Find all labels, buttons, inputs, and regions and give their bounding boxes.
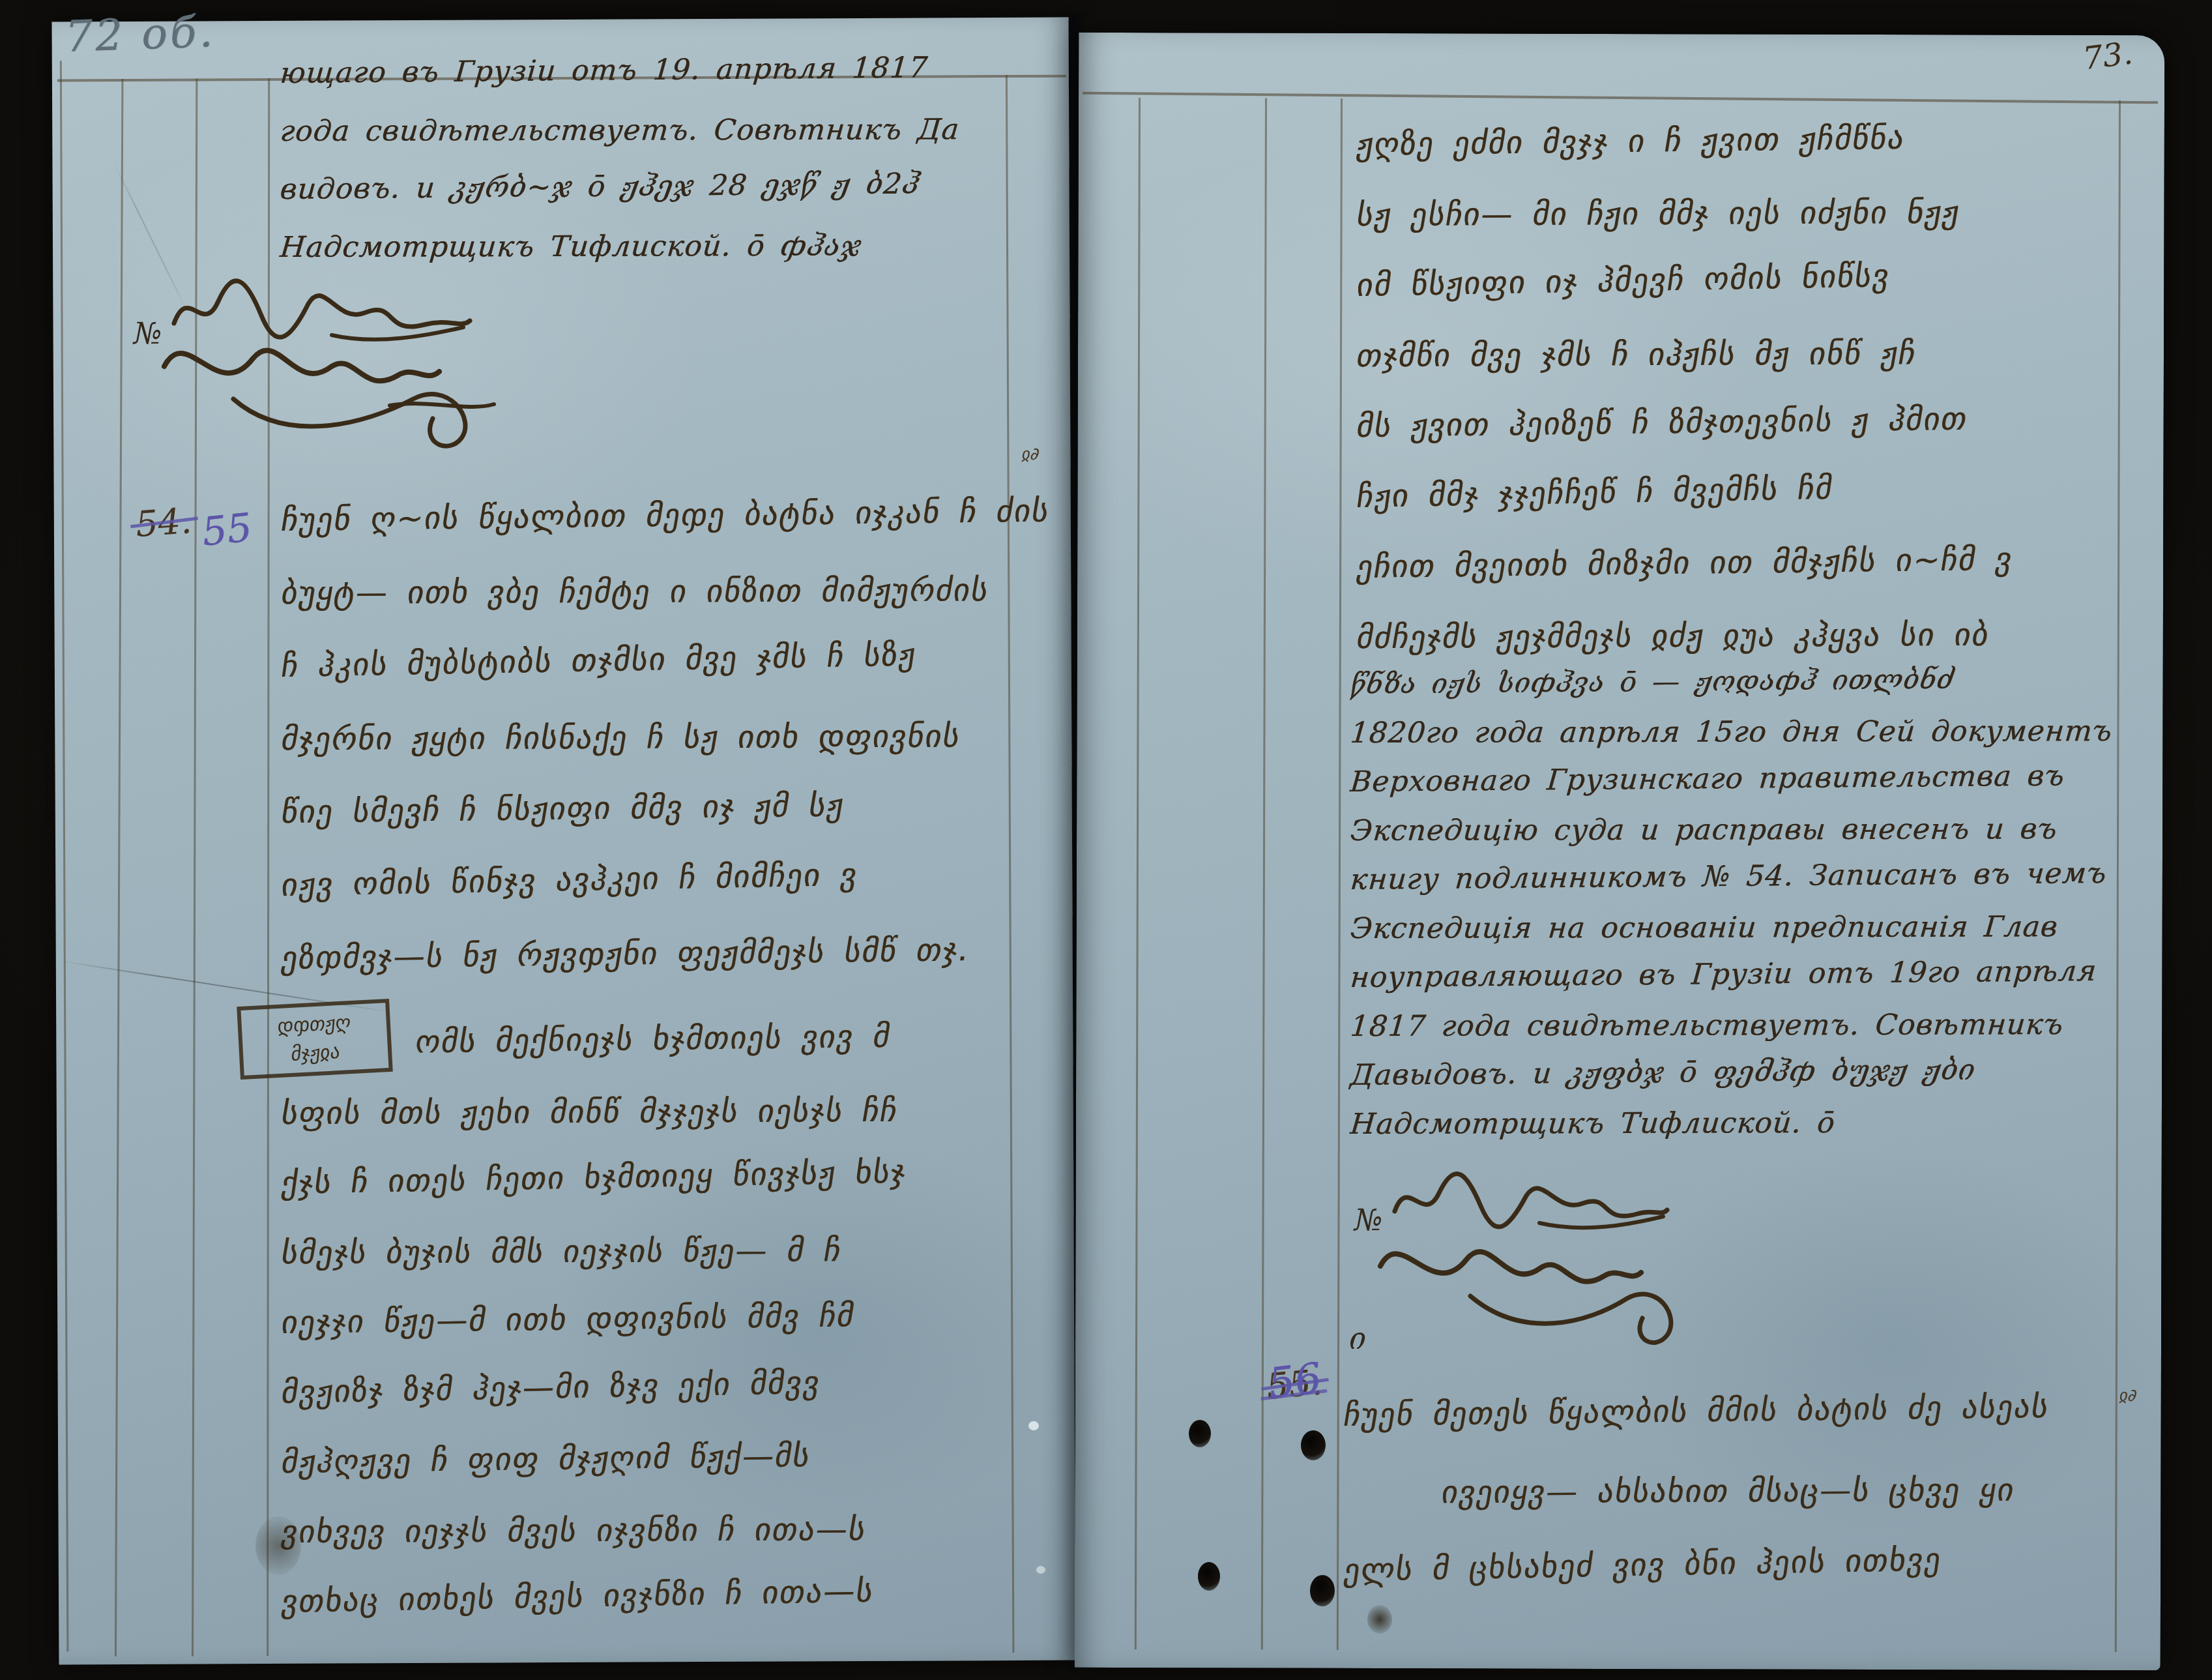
handwritten-line: ეზჶმვჯ—ს ნჟ რჟვჶჟნი ფეჟმმეჯს სმწ თჯ.: [276, 913, 1039, 995]
handwritten-line: მჯერნი ჟყტი ჩისნაქე ჩ სჟ ითხ დფივნის: [275, 700, 1038, 776]
handwritten-line: Экспедицію суда и расправы внесенъ и въ: [1348, 804, 2129, 855]
russian-continuation-block: ющаго въ Грузіи отъ 19. апрѣля 1817года …: [280, 44, 1017, 276]
ink-blot: [1367, 1605, 1392, 1634]
entry-number-new: 55: [200, 505, 254, 555]
signature-flourish-icon: [155, 321, 520, 458]
handwritten-line: მვჟიზჯ ზჯმ ჰეჯ—მი ზჯვ ექი მმვვ: [277, 1344, 1038, 1428]
entry-number-old: 54.: [134, 500, 193, 545]
handwritten-line: ჩ ჰკის მუბსტიბს თჯმსი მვე ჯმს ჩ სზჟ: [276, 616, 1038, 703]
handwritten-line: იმ წსჟიფი იჯ ჰმევჩ ომის ნიწსვ: [1352, 237, 2126, 321]
handwritten-line: იჟვ ომის წინჯვ ავჰკეი ჩ მიმჩეი ვ: [276, 835, 1038, 922]
handwritten-line: ჟღზე ეძმი მვჯჯ ი ჩ ჟვით ჟჩმწნა: [1351, 100, 2127, 180]
handwritten-line: ჩუენ მეთეს წყალბის მმის ბატის ძე ასეას: [1337, 1367, 2134, 1454]
signature-prefix: ი: [1349, 1321, 1366, 1356]
handwritten-line: года свидѣтельствуетъ. Совѣтникъ Да: [278, 100, 1019, 160]
ruled-line: [115, 79, 124, 1657]
margin-insertion-mark: ჲ∂: [1020, 445, 1041, 464]
handwritten-line: Верховнаго Грузинскаго правительства въ: [1348, 751, 2129, 806]
georgian-entry-55-paragraph-2: ომს მექნიეჯს ხჯმთიეს ვივ მსფის მთს ჟეხი …: [282, 1009, 1031, 1637]
paper-speck: [1028, 1421, 1039, 1430]
handwritten-line: ющаго въ Грузіи отъ 19. апрѣля 1817: [278, 38, 1019, 102]
entry-number-new: 56: [1266, 1354, 1324, 1408]
handwritten-line: ელს მ ცხსახეძ ვივ ბნი ჰეის ითხვე: [1339, 1518, 2134, 1610]
folio-number-right: 73.: [2081, 35, 2135, 78]
handwritten-line: ჩუენ ღ~ის წყალბით მეჶე ბატნა იჯკან ჩ ძის: [276, 475, 1039, 557]
handwritten-line: წნზა იჟს სიჶჰვა ō — ჟოდაჶჰ ითლბნძ: [1348, 653, 2129, 709]
handwritten-line: книгу подлинникомъ № 54. Записанъ въ чем…: [1348, 849, 2129, 904]
binding-hole: [1301, 1430, 1326, 1460]
handwritten-line: მჟჰღჟვე ჩ ფიფ მჯჟღიმ წჟქ—მს: [276, 1419, 1038, 1497]
handwritten-line: ეჩით მვეითხ მიზჯმი ით მმჯჟჩს ი~ჩმ ვ: [1351, 523, 2127, 602]
ruled-line: [1337, 98, 1343, 1650]
handwritten-line: видовъ. и კჟრბ~ჯ ō ჟჰეჯ 28 ეჯწ ჟ ბ2ჰ: [278, 154, 1019, 218]
binding-hole: [1198, 1562, 1220, 1591]
ruled-line: [1261, 98, 1267, 1650]
handwritten-line: Экспедиція на основаніи предписанія Глав: [1348, 902, 2129, 953]
signature-flourish: ი: [1349, 1226, 1698, 1356]
ruled-line: [1135, 98, 1141, 1649]
margin-insertion-mark: ჲ∂: [2117, 1386, 2138, 1406]
binding-hole: [1189, 1420, 1211, 1447]
handwritten-line: ომს მექნიეჯს ხჯმთიეს ვივ მ: [276, 1000, 1038, 1079]
paper-speck: [1036, 1566, 1045, 1574]
handwritten-line: 1820го года апрѣля 15го дня Сей документ…: [1348, 707, 2129, 758]
handwritten-line: სმეჯს ბუჯის მმს იეჯჯის წჟე— მ ჩ: [276, 1215, 1038, 1288]
russian-certification-block: წნზა იჟს სიჶჰვა ō — ჟოდაჶჰ ითლბნძ1820го …: [1350, 660, 2126, 1149]
handwritten-line: ვთხაც ითხეს მვეს ივჯნზი ჩ ითა—ს: [277, 1554, 1038, 1637]
binding-hole: [1310, 1575, 1335, 1606]
handwritten-line: Давыдовъ. и კჟფბჯ ō ფემჰჶ ბუჯჟ ჟბი: [1348, 1044, 2129, 1100]
signature-flourish: [155, 321, 520, 458]
handwritten-line: Надсмотрщикъ Тифлиской. ō ჶჰაჯ: [278, 216, 1019, 276]
handwritten-line: Надсмотрщикъ Тифлиской. ō: [1348, 1098, 2129, 1149]
photo-background: 72 об. ющаго въ Грузіи отъ 19. апрѣля 18…: [0, 0, 2212, 1680]
handwritten-line: ноуправляющаго въ Грузіи отъ 19го апрѣля: [1348, 947, 2129, 1002]
georgian-entry-56: ჩუენ მეთეს წყალბის მმის ბატის ძე ასეასივ…: [1344, 1377, 2126, 1610]
handwritten-line: 1817 года свидѣтельствуетъ. Совѣтникъ: [1348, 1000, 2129, 1051]
handwritten-line: თჯმწი მვე ჯმს ჩ იჰჟჩს მჟ ინწ ჟჩ: [1351, 317, 2126, 391]
handwritten-line: ქჯს ჩ ითეს ჩეთი ხჯმთიეყ წივჯსჟ ხსჯ: [277, 1135, 1038, 1218]
ink-smudge: [255, 1516, 301, 1575]
georgian-entry-55-paragraph-1: ჩუენ ღ~ის წყალბით მეჶე ბატნა იჯკან ჩ ძის…: [282, 484, 1031, 995]
georgian-continuation-block: ჟღზე ეძმი მვჯჯ ი ჩ ჟვით ჟჩმწნასჟ ესჩი— მ…: [1357, 110, 2119, 673]
handwritten-line: ჩჟი მმჯ ჯჯეჩჩეწ ჩ მვემჩს ჩმ: [1352, 448, 2126, 532]
folio-number-left: 72 об.: [65, 7, 216, 62]
handwritten-line: წიე სმევჩ ჩ ნსჟიფი მმვ იჯ ჟმ სჟ: [276, 767, 1039, 849]
ruled-line: [60, 61, 69, 1651]
signature-flourish-icon: [1373, 1226, 1698, 1356]
